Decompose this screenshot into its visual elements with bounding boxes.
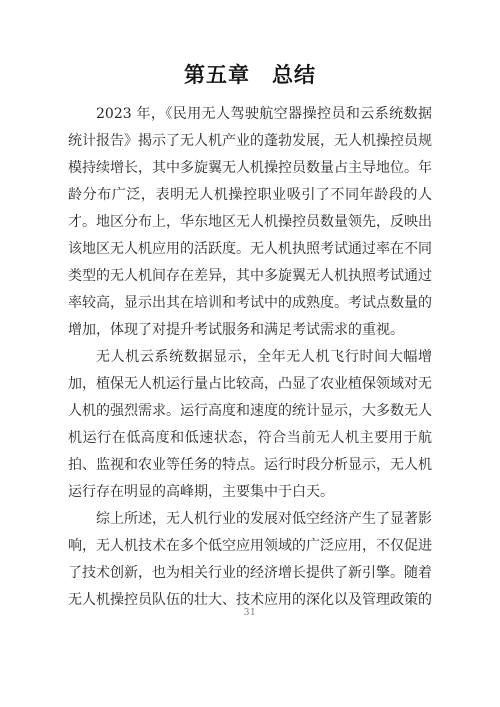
page-number: 31	[0, 608, 500, 618]
body-text: 2023 年，《民用无人驾驶航空器操控员和云系统数据统计报告》揭示了无人机产业的…	[68, 101, 432, 614]
paragraph-1: 2023 年，《民用无人驾驶航空器操控员和云系统数据统计报告》揭示了无人机产业的…	[68, 101, 432, 344]
paragraph-2: 无人机云系统数据显示，全年无人机飞行时间大幅增加，植保无人机运行量占比较高，凸显…	[68, 344, 432, 506]
paragraph-3: 综上所述，无人机行业的发展对低空经济产生了显著影响，无人机技术在多个低空应用领域…	[68, 506, 432, 614]
chapter-title: 第五章 总结	[0, 0, 500, 90]
document-page: 第五章 总结 2023 年，《民用无人驾驶航空器操控员和云系统数据统计报告》揭示…	[0, 0, 500, 707]
